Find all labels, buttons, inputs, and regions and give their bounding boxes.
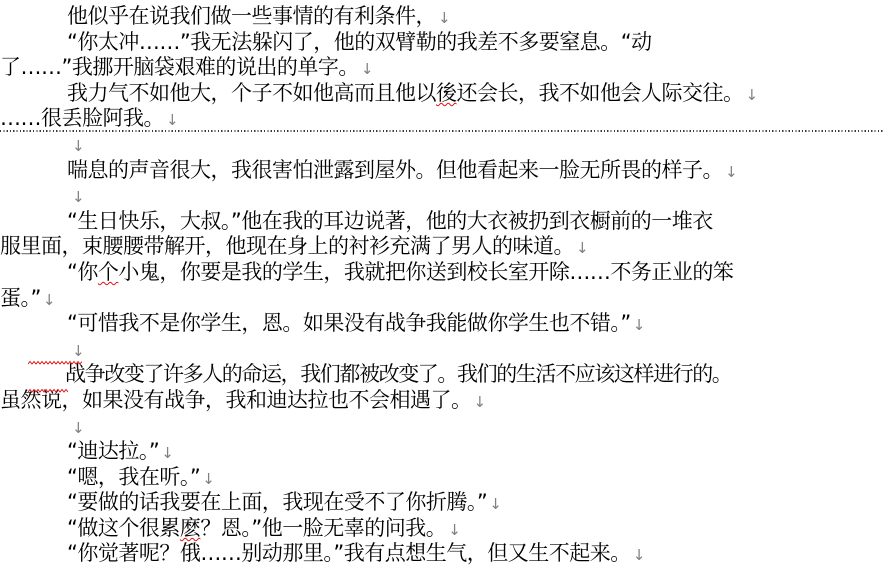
paragraph-mark-icon: ↓ <box>633 316 646 334</box>
text-line[interactable]: 服里面，束腰腰带解开，他现在身上的衬衫充满了男人的味道。↓ <box>0 234 883 260</box>
empty-line[interactable]: ↓ <box>0 414 883 440</box>
line-text: “嗯，我在听。” <box>67 465 200 489</box>
text-line[interactable]: “可惜我不是你学生，恩。如果没有战争我能做你学生也不错。”↓ <box>0 311 883 337</box>
line-text: “你觉著呢？俄……别动那里。”我有点想生气，但又生不起来。 <box>67 541 631 565</box>
text-line[interactable]: 虽然说，如果没有战争，我和迪达拉也不会相遇了。↓ <box>0 388 883 414</box>
misspelled-word: 後 <box>436 81 457 105</box>
spellcheck-squiggle-icon <box>28 360 82 366</box>
line-text: “你 <box>67 260 98 284</box>
empty-line[interactable]: ↓ <box>0 337 883 363</box>
text-line[interactable]: 蛋。”↓ <box>0 286 883 312</box>
line-text: 他似乎在说我们做一些事情的有利条件， <box>67 4 436 28</box>
text-line[interactable]: “嗯，我在听。”↓ <box>0 465 883 491</box>
line-text: 我力气不如他大，个子不如他高而且他以 <box>67 81 436 105</box>
line-text: 虽然说，如果没有战争，我和迪达拉也不会相遇了。 <box>0 388 472 412</box>
text-line[interactable]: “你太冲……”我无法躲闪了，他的双臂勒的我差不多要窒息。“动 <box>0 30 883 56</box>
text-line[interactable]: 喘息的声音很大，我很害怕泄露到屋外。但他看起来一脸无所畏的样子。↓ <box>0 158 883 184</box>
line-text: “你太冲……”我无法躲闪了，他的双臂勒的我差不多要窒息。“动 <box>67 30 652 54</box>
paragraph-mark-icon: ↓ <box>448 521 461 539</box>
paragraph-mark-icon: ↓ <box>72 419 85 437</box>
spellcheck-squiggle-icon <box>28 388 68 394</box>
line-text: “要做的话我要在上面，我现在受不了你折腾。” <box>67 490 487 514</box>
paragraph-mark-icon: ↓ <box>489 495 502 513</box>
line-text: 蛋。” <box>0 286 41 310</box>
text-line[interactable]: 我力气不如他大，个子不如他高而且他以後还会长，我不如他会人际交往。↓ <box>0 81 883 107</box>
text-line[interactable]: 他似乎在说我们做一些事情的有利条件，↓ <box>0 4 883 30</box>
paragraph-mark-icon: ↓ <box>725 163 738 181</box>
paragraph-mark-icon: ↓ <box>746 86 759 104</box>
paragraph-mark-icon: ↓ <box>43 291 56 309</box>
paragraph-mark-icon: ↓ <box>576 239 589 257</box>
line-text: 服里面，束腰腰带解开，他现在身上的衬衫充满了男人的味道。 <box>0 234 574 258</box>
line-text: 喘息的声音很大，我很害怕泄露到屋外。但他看起来一脸无所畏的样子。 <box>67 158 723 182</box>
page-break-dotted-line <box>0 130 883 132</box>
line-text: “做这个很累 <box>67 516 180 540</box>
text-line[interactable]: 了……”我挪开脑袋艰难的说出的单字。↓ <box>0 55 883 81</box>
line-text: ？恩。”他一脸无辜的问我。 <box>200 516 446 540</box>
line-text: 还会长，我不如他会人际交往。 <box>457 81 744 105</box>
text-line[interactable]: ……很丢脸阿我。↓ <box>0 106 883 132</box>
line-text: 小鬼，你要是我的学生，我就把你送到校长室开除……不务正业的笨 <box>118 260 733 284</box>
misspelled-word: 麽 <box>180 516 201 540</box>
line-text: 战争改变了许多人的命运，我们都被改变了。我们的生活不应该这样进行的。 <box>65 362 731 386</box>
line-text: 了……”我挪开脑袋艰难的说出的单字。 <box>0 55 359 79</box>
empty-line[interactable]: ↓ <box>0 132 883 158</box>
paragraph-mark-icon: ↓ <box>166 111 179 129</box>
empty-line[interactable]: ↓ <box>0 183 883 209</box>
paragraph-mark-icon: ↓ <box>438 9 451 27</box>
line-text: “可惜我不是你学生，恩。如果没有战争我能做你学生也不错。” <box>67 311 631 335</box>
paragraph-mark-icon: ↓ <box>72 342 85 360</box>
text-line[interactable]: “迪达拉。”↓ <box>0 439 883 465</box>
paragraph-mark-icon: ↓ <box>161 444 174 462</box>
line-text: ……很丢脸阿我。 <box>0 106 164 130</box>
text-line[interactable]: “你觉著呢？俄……别动那里。”我有点想生气，但又生不起来。↓ <box>0 541 883 567</box>
text-line[interactable]: 战争改变了许多人的命运，我们都被改变了。我们的生活不应该这样进行的。 <box>0 362 883 388</box>
line-text: “生日快乐，大叔。”他在我的耳边说著，他的大衣被扔到衣橱前的一堆衣 <box>67 209 713 233</box>
misspelled-word: 个 <box>98 260 119 284</box>
text-line[interactable]: “你个小鬼，你要是我的学生，我就把你送到校长室开除……不务正业的笨 <box>0 260 883 286</box>
line-text: “迪达拉。” <box>67 439 159 463</box>
paragraph-mark-icon: ↓ <box>72 137 85 155</box>
paragraph-mark-icon: ↓ <box>72 188 85 206</box>
text-line[interactable]: “生日快乐，大叔。”他在我的耳边说著，他的大衣被扔到衣橱前的一堆衣 <box>0 209 883 235</box>
text-line[interactable]: “做这个很累麽？恩。”他一脸无辜的问我。↓ <box>0 516 883 542</box>
text-line[interactable]: “要做的话我要在上面，我现在受不了你折腾。”↓ <box>0 490 883 516</box>
paragraph-mark-icon: ↓ <box>361 60 374 78</box>
paragraph-mark-icon: ↓ <box>202 470 215 488</box>
paragraph-mark-icon: ↓ <box>633 546 646 564</box>
document-page: 他似乎在说我们做一些事情的有利条件，↓ “你太冲……”我无法躲闪了，他的双臂勒的… <box>0 0 883 569</box>
paragraph-mark-icon: ↓ <box>474 393 487 411</box>
